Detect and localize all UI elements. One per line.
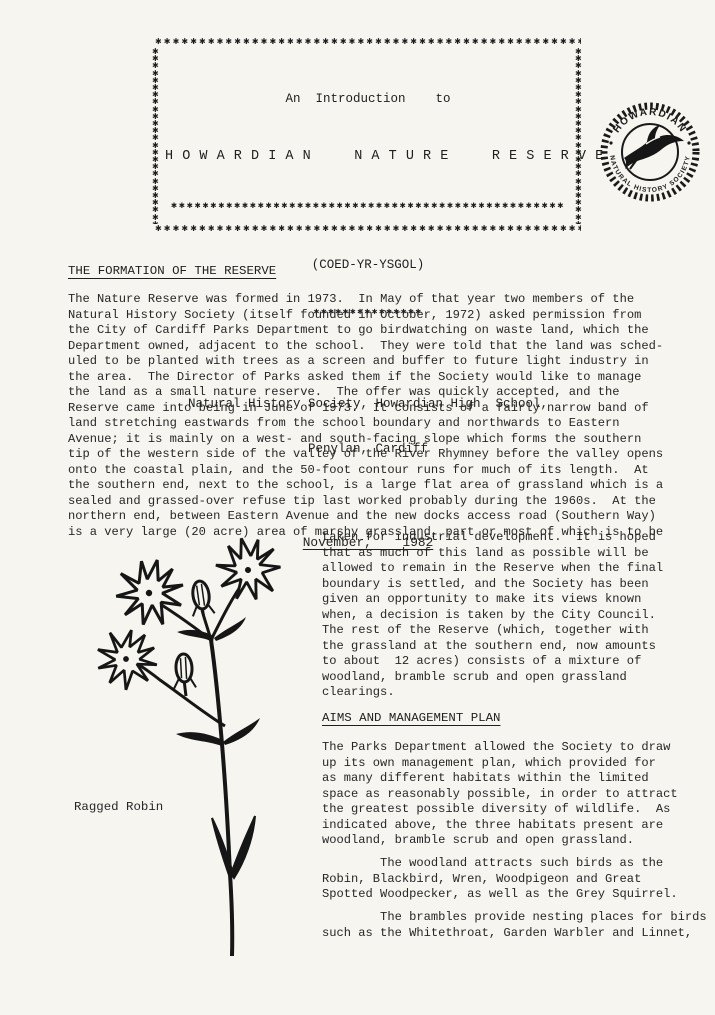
bud-lower [172,653,196,689]
society-stamp-graphic: HOWARDIAN NATURAL HISTORY SOCIETY [597,99,703,205]
title-box: ✱✱✱✱✱✱✱✱✱✱✱✱✱✱✱✱✱✱✱✱✱✱✱✱✱✱✱✱✱✱✱✱✱✱✱✱✱✱✱✱… [153,40,583,232]
asterisk-border-top: ✱✱✱✱✱✱✱✱✱✱✱✱✱✱✱✱✱✱✱✱✱✱✱✱✱✱✱✱✱✱✱✱✱✱✱✱✱✱✱✱… [155,37,581,47]
asterisk-border-left: ✱✱✱✱✱✱✱✱✱✱✱✱✱✱✱✱✱✱✱✱✱✱✱✱✱✱ [152,48,161,224]
flower-stem [211,640,232,956]
flower-top-right [212,532,286,606]
stamp-dot-left [609,141,612,144]
section-heading-aims: AIMS AND MANAGEMENT PLAN [322,711,500,725]
flower-middle-left [86,617,169,700]
society-stamp: HOWARDIAN NATURAL HISTORY SOCIETY [597,99,703,205]
illustration-caption: Ragged Robin [74,800,163,816]
asterisk-rule-title: ✱✱✱✱✱✱✱✱✱✱✱✱✱✱✱✱✱✱✱✱✱✱✱✱✱✱✱✱✱✱✱✱✱✱✱✱✱✱✱✱… [167,201,569,210]
flower-top-left [110,552,190,632]
asterisk-border-right: ✱✱✱✱✱✱✱✱✱✱✱✱✱✱✱✱✱✱✱✱✱✱✱✱✱✱ [575,48,584,224]
ragged-robin-drawing [65,528,320,960]
aims-paragraph: The Parks Department allowed the Society… [322,740,678,849]
document-title: H O W A R D I A N N A T U R E R E S E R … [165,149,571,164]
section-heading-formation: THE FORMATION OF THE RESERVE [68,264,276,278]
formation-paragraph: The Nature Reserve was formed in 1973. I… [68,292,663,540]
formation-paragraph-wrapped: taken for industrial development. It is … [322,530,663,701]
intro-line: An Introduction to [165,92,571,106]
woodland-paragraph: The woodland attracts such birds as the … [322,856,678,903]
ragged-robin-illustration [65,528,320,960]
stamp-dot-right [687,141,690,144]
brambles-paragraph: The brambles provide nesting places for … [322,910,707,941]
basal-leaves [212,816,255,878]
